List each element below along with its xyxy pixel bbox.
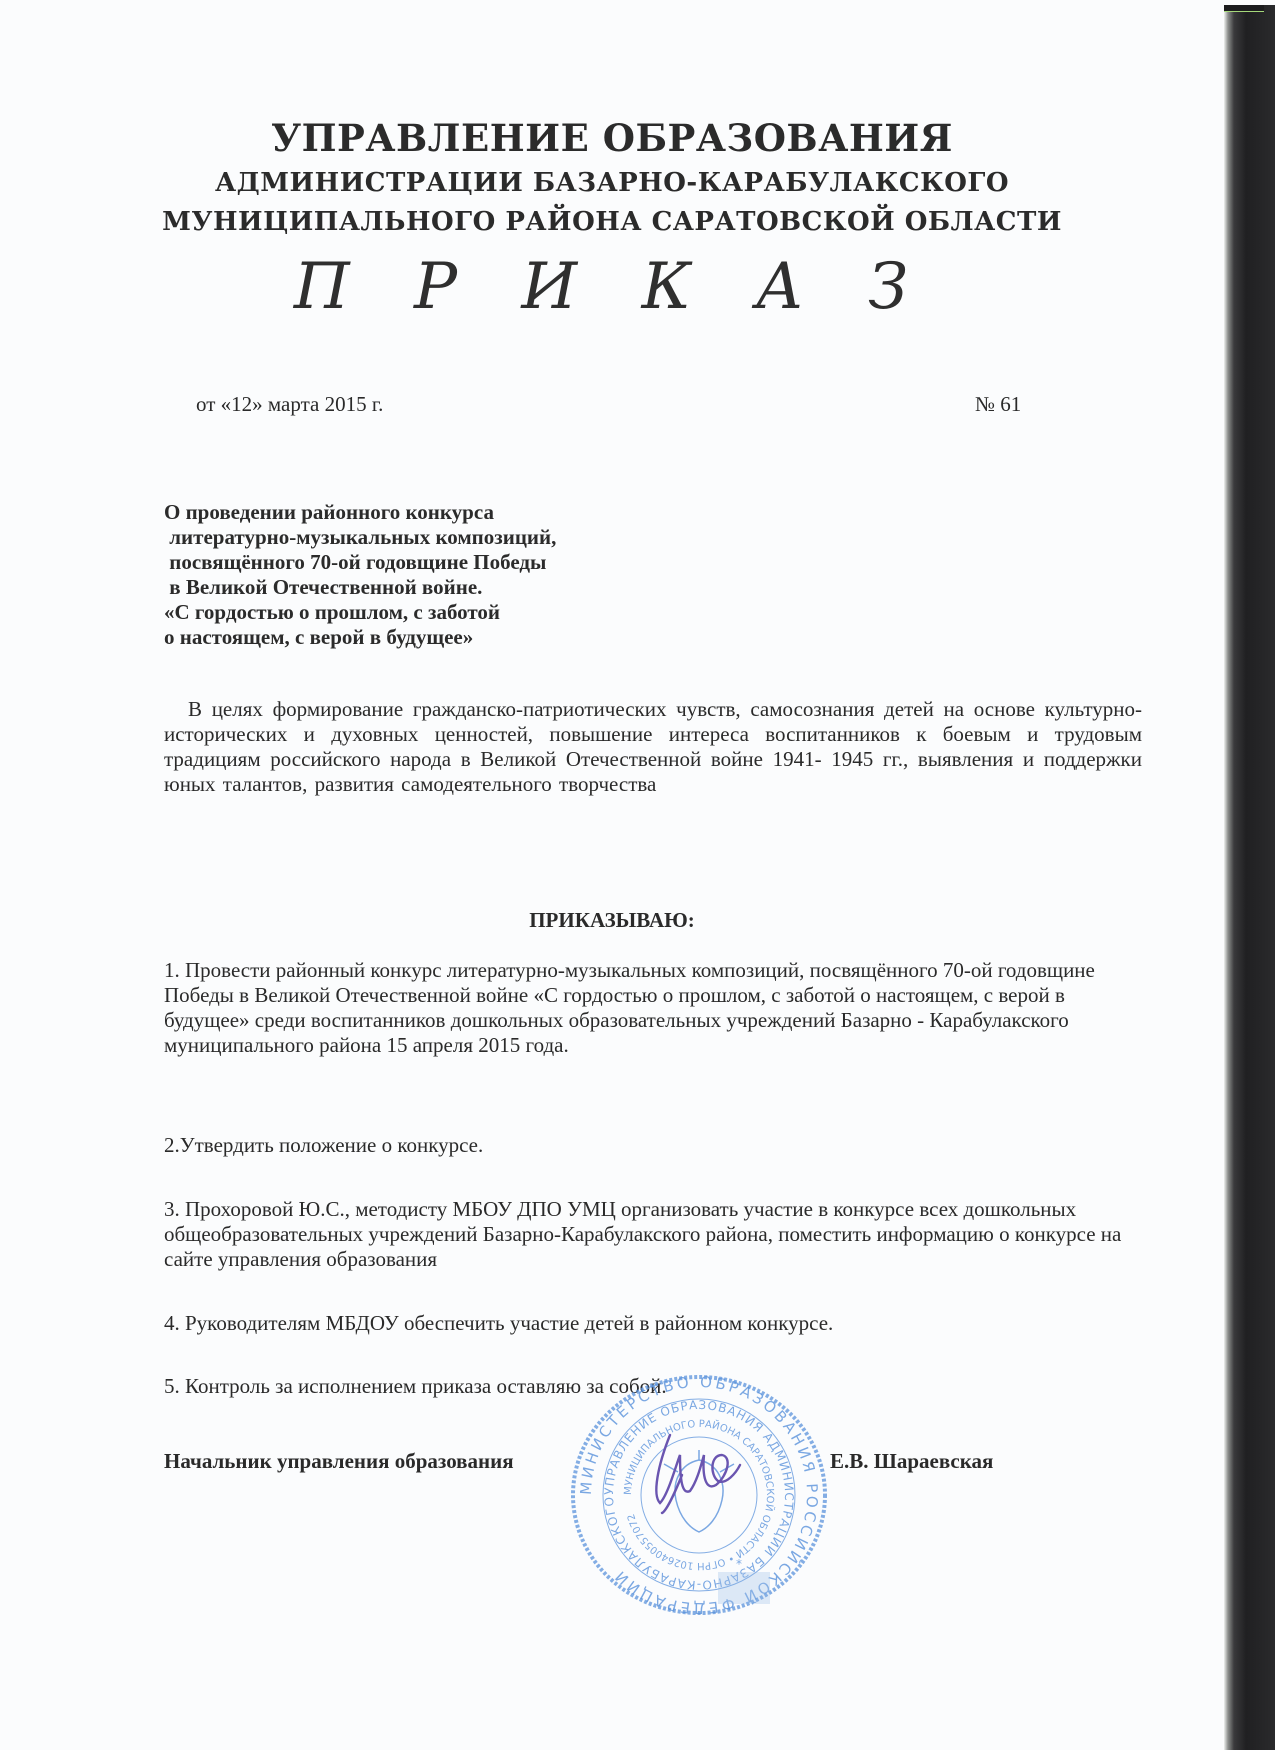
order-item-4: 4. Руководителям МБДОУ обеспечить участи…: [164, 1311, 1124, 1336]
subject-line: О проведении районного конкурса: [164, 500, 556, 525]
scanner-edge-top: [1224, 5, 1264, 12]
scanner-edge: [1224, 5, 1275, 1750]
subject-line: посвящённого 70-ой годовщине Победы: [164, 550, 556, 575]
subject-line: литературно-музыкальных композиций,: [164, 525, 556, 550]
order-item-3: 3. Прохоровой Ю.С., методисту МБОУ ДПО У…: [164, 1197, 1124, 1272]
order-item-1: 1. Провести районный конкурс литературно…: [164, 958, 1124, 1058]
order-item-2: 2.Утвердить положение о конкурсе.: [164, 1133, 1124, 1158]
subject-line: в Великой Отечественной войне.: [164, 575, 556, 600]
subject-line: о настоящем, с верой в будущее»: [164, 625, 556, 650]
signatory-name: Е.В. Шараевская: [830, 1449, 993, 1474]
handwritten-signature: [640, 1425, 750, 1515]
org-title: УПРАВЛЕНИЕ ОБРАЗОВАНИЯ: [0, 116, 1224, 160]
document-type-title: П Р И К А З: [0, 250, 1224, 324]
preamble-paragraph: В целях формирование гражданско-патриоти…: [164, 697, 1142, 797]
order-subject: О проведении районного конкурса литерату…: [164, 500, 556, 650]
signature-icon: [640, 1425, 750, 1515]
scanned-page: УПРАВЛЕНИЕ ОБРАЗОВАНИЯ АДМИНИСТРАЦИИ БАЗ…: [0, 0, 1224, 1750]
signatory-title: Начальник управления образования: [164, 1449, 514, 1474]
org-subtitle-line1: АДМИНИСТРАЦИИ БАЗАРНО-КАРАБУЛАКСКОГО: [0, 168, 1224, 198]
order-number: № 61: [975, 392, 1021, 417]
order-date: от «12» марта 2015 г.: [196, 392, 383, 417]
svg-text:*: *: [736, 1557, 742, 1571]
org-subtitle-line2: МУНИЦИПАЛЬНОГО РАЙОНА САРАТОВСКОЙ ОБЛАСТ…: [0, 207, 1224, 237]
order-heading: ПРИКАЗЫВАЮ:: [0, 908, 1224, 933]
subject-line: «С гордостью о прошлом, с заботой: [164, 600, 556, 625]
